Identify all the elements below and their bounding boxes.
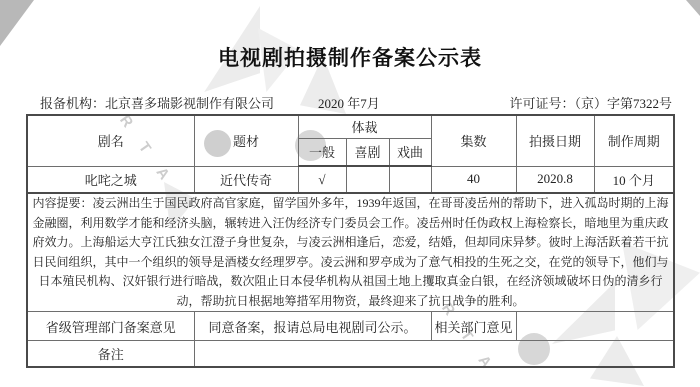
synopsis-text: 凌云洲出生于国民政府高官家庭，留学国外多年，1939年返国，在哥哥凌岳州的帮助下… (33, 196, 669, 308)
watermark-corner-top-left-icon (0, 0, 34, 46)
cell-episodes: 40 (431, 166, 516, 193)
header-shoot-date: 拍摄日期 (516, 115, 594, 166)
related-dept-value (516, 312, 674, 341)
license-number-value: （京）字第7322号 (574, 96, 672, 111)
page-title: 电视剧拍摄制作备案公示表 (0, 42, 700, 72)
cell-shoot-date: 2020.8 (516, 166, 594, 193)
license-number-label: 许可证号： (509, 96, 574, 111)
header-drama-name: 剧名 (27, 115, 194, 166)
table-row: 叱咤之城 近代传奇 √ 40 2020.8 10 个月 (27, 166, 674, 193)
cell-genre-comedy-check (346, 166, 389, 193)
reporting-agency: 报备机构：北京喜多瑞影视制作有限公司 (40, 93, 274, 112)
header-genre-comedy: 喜剧 (346, 138, 389, 166)
related-dept-label: 相关部门意见 (431, 312, 516, 341)
reporting-agency-value: 北京喜多瑞影视制作有限公司 (105, 96, 274, 111)
remarks-value (194, 341, 674, 367)
synopsis-label: 内容提要： (32, 196, 92, 210)
cell-subject: 近代传奇 (194, 166, 298, 193)
header-genre: 体裁 (298, 115, 431, 138)
header-production-cycle: 制作周期 (594, 115, 674, 166)
header-genre-opera: 戏曲 (389, 138, 431, 166)
cell-drama-name: 叱咤之城 (27, 166, 194, 193)
record-table: 剧名 题材 体裁 集数 拍摄日期 制作周期 一般 喜剧 戏曲 叱咤之城 近代传奇… (26, 114, 675, 368)
reporting-agency-label: 报备机构： (40, 96, 105, 111)
watermark-corner-top-right-icon (686, 0, 700, 16)
cell-genre-opera-check (389, 166, 431, 193)
license-number: 许可证号：（京）字第7322号 (509, 93, 672, 112)
header-episodes: 集数 (431, 115, 516, 166)
report-period: 2020 年7月 (318, 93, 380, 112)
cell-production-cycle: 10 个月 (594, 166, 674, 193)
info-line: 报备机构：北京喜多瑞影视制作有限公司 2020 年7月 许可证号：（京）字第73… (0, 93, 700, 111)
header-subject: 题材 (194, 115, 298, 166)
provincial-opinion-label: 省级管理部门备案意见 (27, 312, 194, 341)
provincial-opinion-value: 同意备案，报请总局电视剧司公示。 (194, 312, 431, 341)
document-page: R T A R T A 电视剧拍摄制作备案公示表 报备机构：北京喜多瑞影视制作有… (0, 0, 700, 387)
cell-genre-general-check: √ (298, 166, 346, 193)
synopsis-cell: 内容提要：凌云洲出生于国民政府高官家庭，留学国外多年，1939年返国，在哥哥凌岳… (27, 193, 674, 312)
header-genre-general: 一般 (298, 138, 346, 166)
remarks-label: 备注 (27, 341, 194, 367)
